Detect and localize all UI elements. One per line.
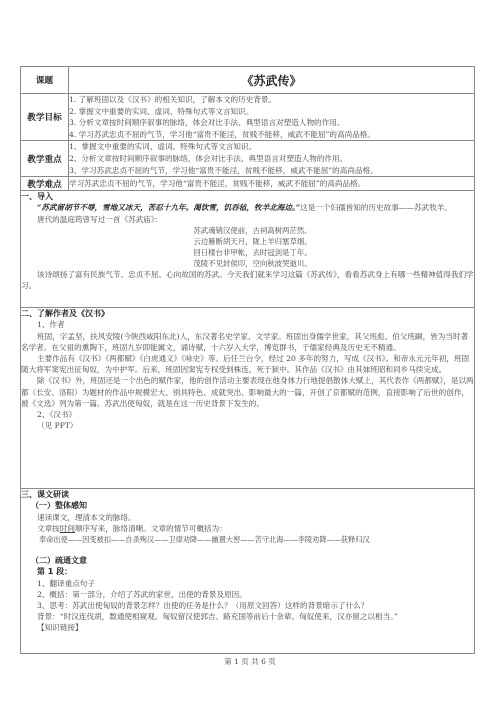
goals-label: 教学目标 xyxy=(21,94,69,141)
overview-line: 文章按时间顺序写来，脉络清晰。文章的情节可概括为： xyxy=(21,523,474,534)
subheading-hanshu: 2、《汉书》 xyxy=(21,409,474,420)
section-study-row: 三、课文研读 （一）整体感知 速读课文，理清本文的脉络。 文章按时间顺序写来，脉… xyxy=(21,489,475,654)
key-point-item: 3、学习苏武忠贞不屈的气节，学习他“富贵不能淫，贫贱不能移，威武不能屈”的高尚品… xyxy=(69,165,474,177)
background-quote: 背景：“时汉连伐胡，数通使相窥观。匈奴留汉使郭吉、路充国等前后十余辈。匈奴使来，… xyxy=(21,611,474,622)
section-heading: 三、课文研读 xyxy=(21,489,474,500)
key-points-content: 1、掌握文中重要的实词、虚词、特殊句式等文言知识。 2、分析文章按时间顺序叙事的… xyxy=(69,141,475,177)
goal-item: 4. 学习苏武忠贞不屈的气节，学习他“富贵不能淫，贫贱不能移，威武不能屈”的高尚… xyxy=(69,129,474,141)
difficult-points-row: 教学难点 学习苏武忠贞不屈的气节，学习他“富贵不能淫，贫贱不能移，威武不能屈”的… xyxy=(21,177,475,191)
key-point-item: 1、掌握文中重要的实词、虚词、特殊句式等文言知识。 xyxy=(69,141,474,153)
poem-intro: 唐代的温庭筠曾写过一首《苏武庙》： xyxy=(21,214,474,225)
intro-quote: “苏武留胡节不辱，雪地又冰天，苦忍十九年。渴饮雪，饥吞毡，牧羊北海边。” xyxy=(37,203,300,212)
paragraph-label: 第 1 段： xyxy=(21,566,474,577)
study-item: 2、概括：第一部分，介绍了苏武的家世、出使的背景及原因。 xyxy=(21,589,474,600)
plot-flow: 奉命出使——因变被扣——自杀殉汉——卫律劝降——幽置大窖——苦守北海——李陵劝降… xyxy=(21,534,474,545)
study-item: 3、思考：苏武出使匈奴的背景怎样？出使的任务是什么？（用原文回答）这样的背景暗示… xyxy=(21,600,474,611)
section-study: 三、课文研读 （一）整体感知 速读课文，理清本文的脉络。 文章按时间顺序写来，脉… xyxy=(21,489,475,654)
spacer xyxy=(21,545,474,555)
lesson-plan-table: 课题 《苏武传》 教学目标 1. 了解班固以及《汉书》的相关知识，了解本文的历史… xyxy=(20,66,475,654)
section-author-row: 二、了解作者及《汉书》 1、作者 班固，字孟坚，扶风安陵(今陕西咸阳东北)人，东… xyxy=(21,308,475,489)
poem-line: 云边雁断胡天月，陇上羊归塞草烟。 xyxy=(21,236,474,247)
difficult-points-content: 学习苏武忠贞不屈的气节，学习他“富贵不能淫，贫贱不能移，威武不能屈”的高尚品格。 xyxy=(69,177,475,191)
intro-quote-tail: 这是一个妇孺皆知的历史故事——苏武牧羊。 xyxy=(300,203,452,212)
goals-row: 教学目标 1. 了解班固以及《汉书》的相关知识，了解本文的历史背景。 2. 掌握… xyxy=(21,94,475,141)
section-heading: 二、了解作者及《汉书》 xyxy=(21,308,474,319)
key-points-label: 教学重点 xyxy=(21,141,69,177)
lesson-title: 《苏武传》 xyxy=(69,67,475,94)
overview-text: 顺序写来，脉络清晰。文章的情节可概括为： xyxy=(75,524,227,533)
difficult-points-label: 教学难点 xyxy=(21,177,69,191)
overview-underlined: 时间 xyxy=(60,524,75,533)
section-intro: 一、导入 “苏武留胡节不辱，雪地又冰天，苦忍十九年。渴饮雪，饥吞毡，牧羊北海边。… xyxy=(21,191,475,308)
section-intro-row: 一、导入 “苏武留胡节不辱，雪地又冰天，苦忍十九年。渴饮雪，饥吞毡，牧羊北海边。… xyxy=(21,191,475,308)
goals-content: 1. 了解班固以及《汉书》的相关知识，了解本文的历史背景。 2. 掌握文中重要的… xyxy=(69,94,475,141)
goal-item: 2. 掌握文中重要的实词、虚词、特殊句式等文言知识。 xyxy=(69,106,474,118)
section-author: 二、了解作者及《汉书》 1、作者 班固，字孟坚，扶风安陵(今陕西咸阳东北)人，东… xyxy=(21,308,475,489)
goal-item: 3. 分析文章按时间顺序叙事的脉络，体会对比手法、典型语言对塑造人物的作用。 xyxy=(69,117,474,129)
study-item: 1、翻译重点句子 xyxy=(21,578,474,589)
poem-line: 苏武魂销汉使前，古祠高树两茫然。 xyxy=(21,225,474,236)
hanshu-note: （见 PPT） xyxy=(21,420,474,431)
intro-quote-paragraph: “苏武留胡节不辱，雪地又冰天，苦忍十九年。渴饮雪，饥吞毡，牧羊北海边。”这是一个… xyxy=(21,202,474,213)
overview-line: 速读课文，理清本文的脉络。 xyxy=(21,512,474,523)
poem-line: 茂陵不见封侯印，空向秋波哭逝川。 xyxy=(21,258,474,269)
page-footer: 第 1 页 共 6 页 xyxy=(0,656,500,667)
overview-text: 文章按 xyxy=(37,524,60,533)
part-heading: （二）疏通文意 xyxy=(21,555,474,566)
intro-closing: 该诗颂扬了富有民族气节、忠贞不屈、心向故国的苏武。今天我们就来学习这篇《苏武传》… xyxy=(21,269,474,291)
author-paragraph: 除《汉书》外，班固还是一个出色的赋作家，他的创作活动主要表现在他身体力行地提倡散… xyxy=(21,375,474,409)
part-heading: （一）整体感知 xyxy=(21,500,474,511)
goal-item: 1. 了解班固以及《汉书》的相关知识，了解本文的历史背景。 xyxy=(69,94,474,106)
key-points-row: 教学重点 1、掌握文中重要的实词、虚词、特殊句式等文言知识。 2、分析文章按时间… xyxy=(21,141,475,177)
knowledge-link-label: 【知识链接】 xyxy=(21,622,474,633)
author-paragraph: 班固，字孟坚，扶风安陵(今陕西咸阳东北)人，东汉著名史学家、文学家。班固出身儒学… xyxy=(21,331,474,353)
poem-line: 回日楼台非甲帐，去时冠剑是丁年。 xyxy=(21,247,474,258)
section-heading: 一、导入 xyxy=(21,191,474,202)
subheading-author: 1、作者 xyxy=(21,319,474,330)
author-paragraph: 主要作品有《汉书》《两都赋》《白虎通义》《咏史》等。后任兰台令，经过 20 多年… xyxy=(21,353,474,375)
title-row: 课题 《苏武传》 xyxy=(21,67,475,94)
key-point-item: 2、分析文章按时间顺序叙事的脉络，体会对比手法、典型语言对塑造人物的作用。 xyxy=(69,153,474,165)
title-label: 课题 xyxy=(21,67,69,94)
lesson-plan-page: 课题 《苏武传》 教学目标 1. 了解班固以及《汉书》的相关知识，了解本文的历史… xyxy=(20,66,475,654)
